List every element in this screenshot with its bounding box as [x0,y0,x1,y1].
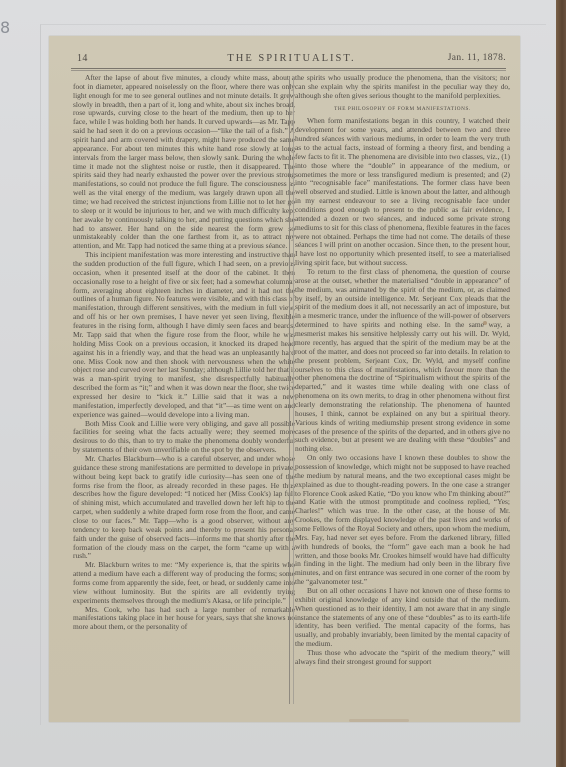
paper-stain [349,719,409,722]
publication-title: THE SPIRITUALIST. [77,53,506,64]
frame-edge [556,0,566,767]
paragraph: Both Miss Cook and Lillie were very obli… [73,420,295,455]
right-column: the spirits who usually produce the phen… [295,74,510,667]
paragraph: On only two occasions have I known these… [295,454,510,587]
paper-stain [483,321,487,325]
paragraph: This incipient manifestation was more in… [73,251,295,419]
paragraph: Thus those who advocate the “spirit of t… [295,649,510,667]
paragraph: Mrs. Cook, who has had such a large numb… [73,606,295,633]
section-subheading: The Philosophy of Form Manifestations. [295,105,510,114]
column-divider [289,76,294,704]
margin-annotation: 8 [0,18,10,37]
newspaper-page: 14 THE SPIRITUALIST. Jan. 11, 1878. Afte… [49,36,520,722]
paragraph: But on all other occasions I have not kn… [295,587,510,649]
header-rule [71,68,506,71]
paragraph: Mr. Blackburn writes to me: “My experien… [73,561,295,605]
page-header: 14 THE SPIRITUALIST. Jan. 11, 1878. [77,53,506,67]
paragraph: When form manifestations began in this c… [295,117,510,268]
left-column: After the lapse of about five minutes, a… [73,74,295,632]
paragraph: Mr. Charles Blackburn—who is a careful o… [73,455,295,561]
paragraph-continuation: the spirits who usually produce the phen… [295,74,510,101]
paragraph: To return to the first class of phenomen… [295,268,510,454]
issue-date: Jan. 11, 1878. [448,53,506,63]
paragraph: After the lapse of about five minutes, a… [73,74,295,251]
